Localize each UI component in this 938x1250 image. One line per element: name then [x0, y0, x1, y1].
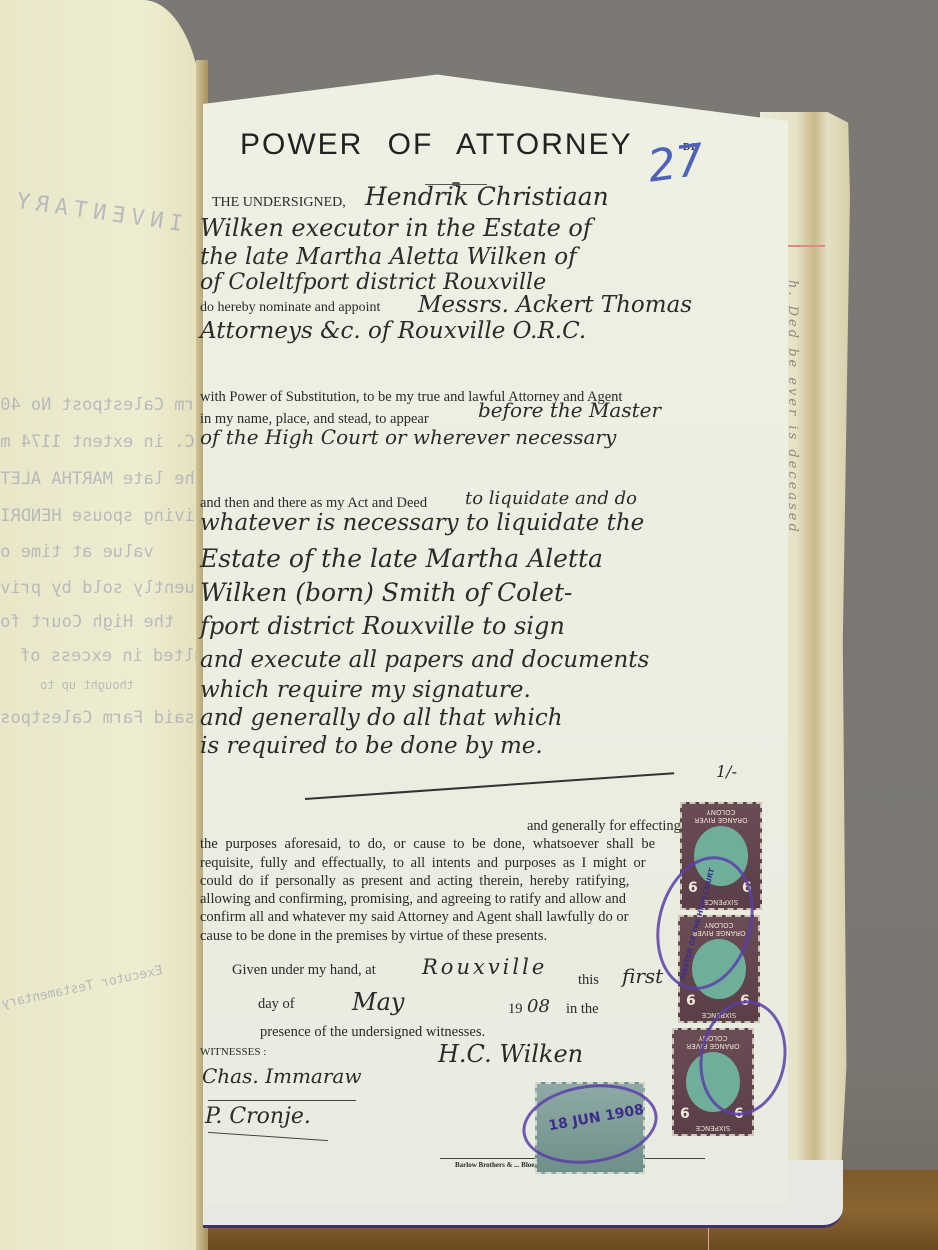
presence-label: presence of the undersigned witnesses.	[260, 1024, 485, 1041]
clause-line: requisite, fully and effectually, to all…	[200, 855, 646, 872]
red-margin-rule	[785, 245, 825, 247]
deed-text: fport district Rouxville to sign	[200, 612, 565, 640]
this-label: this	[578, 972, 599, 989]
deed-text: whatever is necessary to liquidate the	[200, 510, 644, 536]
clause-line: could do if personally as present and ac…	[200, 873, 629, 890]
witness-signature: P. Cronje.	[205, 1104, 311, 1129]
witness-signature: Chas. Immaraw	[202, 1064, 361, 1088]
given-label: Given under my hand, at	[232, 962, 376, 979]
ghost-line: the High Court for	[0, 612, 174, 632]
ghost-line: Farm Calestpost No 402	[0, 395, 215, 415]
document-title: POWER OF ATTORNEY	[240, 128, 633, 162]
appear-text: before the Master	[478, 398, 661, 422]
ghost-line: R.C. in extent 1174 mo	[0, 432, 215, 452]
witness-line	[208, 1100, 356, 1101]
deed-text: to liquidate and do	[465, 488, 637, 509]
deed-text: Estate of the late Martha Aletta	[200, 544, 603, 573]
clause-line: cause to be done in the premises by virt…	[200, 928, 547, 945]
year-suffix: 08	[527, 996, 550, 1017]
principal-line: Wilken executor in the Estate of	[200, 214, 592, 242]
deed-text: and generally do all that which	[200, 705, 563, 731]
clause-line: the purposes aforesaid, to do, or cause …	[200, 836, 655, 853]
left-facing-page: INVENTARY Farm Calestpost No 402 R.C. in…	[0, 0, 203, 1250]
principal-signature: H.C. Wilken	[438, 1040, 583, 1068]
given-day: first	[622, 964, 663, 988]
nominate-label: do hereby nominate and appoint	[200, 300, 380, 316]
appear-text: of the High Court or wherever necessary	[200, 425, 616, 449]
year-prefix: 19	[508, 1001, 523, 1018]
day-of-label: day of	[258, 996, 295, 1013]
attorneys-name: Messrs. Ackert Thomas	[418, 292, 692, 318]
principal-line: the late Martha Aletta Wilken of	[200, 244, 577, 270]
fee-mark: 1/-	[716, 762, 737, 781]
principal-name: Hendrik Christiaan	[365, 182, 609, 211]
intro-label: THE UNDERSIGNED,	[212, 195, 346, 211]
clause-line: allowing and confirming, promising, and …	[200, 891, 626, 908]
deed-text: is required to be done by me.	[200, 733, 543, 759]
stamp-top-label: ORANGE RIVER COLONY	[684, 808, 758, 824]
attorneys-line: Attorneys &c. of Rouxville O.R.C.	[200, 318, 586, 344]
stamp-value: 6	[680, 1106, 690, 1122]
given-place: Rouxville	[422, 955, 547, 979]
clause-line: confirm all and whatever my said Attorne…	[200, 909, 628, 926]
in-the-label: in the	[566, 1001, 599, 1018]
given-month: May	[352, 988, 404, 1016]
deed-text: and execute all papers and documents	[200, 647, 649, 673]
ghost-footer: Executor Testamentary	[0, 963, 164, 1012]
ghost-line: thought up to	[40, 678, 134, 692]
deed-text: Wilken (born) Smith of Colet-	[200, 578, 572, 607]
witnesses-label: WITNESSES :	[200, 1046, 266, 1058]
stamp-bottom-label: SIXPENCE	[676, 1124, 750, 1132]
ghost-header: INVENTARY	[9, 188, 184, 237]
deed-text: which require my signature.	[200, 677, 531, 703]
clause-line: and generally for effecting	[527, 818, 681, 835]
blue-pencil-mark: 27	[645, 134, 708, 192]
stamp-value: 6	[686, 993, 696, 1009]
ghost-line: value at time of	[0, 542, 154, 562]
